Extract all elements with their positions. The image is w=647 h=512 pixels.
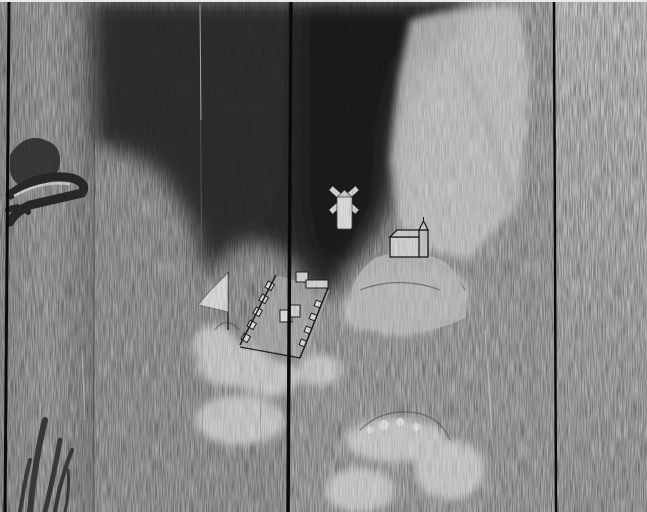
top-edge [0, 0, 647, 2]
panel-artwork [0, 0, 647, 512]
painted-wood-panel-photo: Vertical wooden planks painted with a hi… [0, 0, 647, 512]
